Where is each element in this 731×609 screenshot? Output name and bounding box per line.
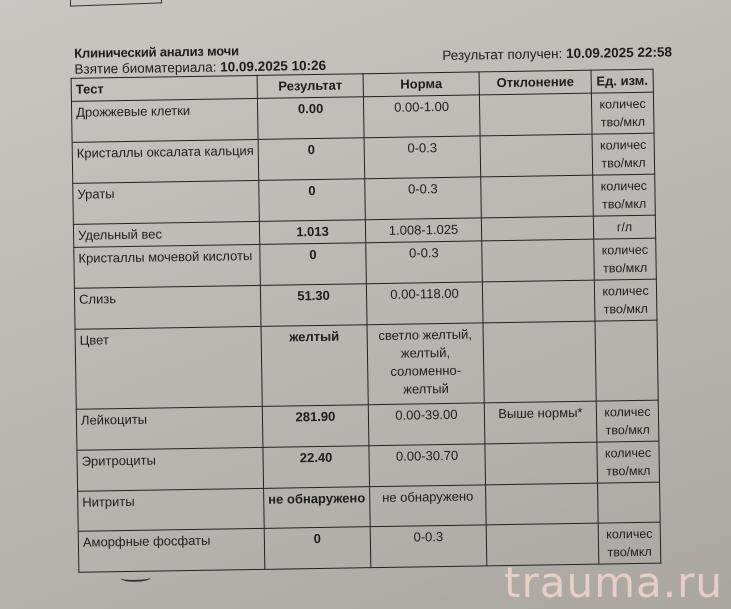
- cell-deviation: [479, 93, 592, 136]
- cell-result: 1.013: [259, 220, 365, 245]
- cell-deviation: [480, 134, 593, 177]
- cell-test: Аморфные фосфаты: [78, 528, 265, 572]
- cell-norm: 0-0.3: [370, 525, 487, 568]
- cell-result: желтый: [261, 325, 368, 407]
- cell-result: 51.30: [260, 284, 367, 327]
- cell-norm: 1.008-1.025: [365, 218, 481, 243]
- header-norm: Норма: [363, 72, 479, 97]
- cell-norm: 0.00-1.00: [363, 95, 480, 138]
- cell-norm: 0.00-39.00: [368, 403, 485, 446]
- header-result: Результат: [257, 74, 363, 99]
- cell-unit: количес тво/мкл: [597, 441, 660, 483]
- cell-norm: 0.00-118.00: [366, 282, 483, 325]
- cell-result: 0: [259, 179, 366, 222]
- pen-mark: [120, 574, 150, 582]
- cell-test: Лейкоциты: [76, 406, 263, 450]
- cell-test: Нитриты: [78, 488, 265, 531]
- cell-result: не обнаружено: [264, 487, 371, 529]
- header-unit: Ед. изм.: [591, 69, 653, 93]
- table-row: Цветжелтыйсветло желтый, желтый, соломен…: [75, 320, 658, 409]
- cell-result: 0.00: [257, 97, 364, 140]
- result-received-label: Результат получен:: [442, 46, 562, 63]
- cell-result: 281.90: [262, 405, 369, 448]
- cell-test: Ураты: [73, 180, 260, 224]
- report-title: Клинический анализ мочи: [74, 43, 239, 61]
- cell-test: Удельный вес: [73, 221, 259, 247]
- cell-result: 22.40: [263, 446, 370, 489]
- cell-test: Эритроциты: [77, 447, 264, 491]
- cell-deviation: [481, 216, 593, 241]
- watermark: trauma.ru: [504, 558, 723, 607]
- sample-taken-value: 10.09.2025 10:26: [220, 58, 326, 75]
- sample-taken-label: Взятие биоматериала:: [74, 60, 216, 77]
- cell-norm: 0-0.3: [365, 177, 482, 220]
- cell-deviation: [481, 175, 594, 218]
- cell-unit: количес тво/мкл: [593, 174, 656, 216]
- cell-deviation: [482, 280, 595, 323]
- cell-unit: [598, 482, 661, 523]
- cell-test: Цвет: [75, 326, 262, 409]
- cell-unit: количес тво/мкл: [591, 92, 654, 134]
- result-received-value: 10.09.2025 22:58: [566, 44, 672, 61]
- cell-unit: [595, 320, 658, 401]
- cell-test: Кристаллы мочевой кислоты: [74, 244, 261, 288]
- cell-norm: светло желтый, желтый, соломенно-желтый: [367, 323, 484, 405]
- cell-norm: не обнаружено: [370, 485, 487, 527]
- cell-result: 0: [260, 243, 367, 286]
- cell-deviation: [486, 483, 599, 525]
- top-edge-box: [70, 0, 162, 7]
- cell-deviation: [483, 321, 596, 403]
- cell-unit: количес тво/мкл: [596, 400, 659, 442]
- cell-unit: количес тво/мкл: [594, 279, 657, 321]
- header-deviation: Отклонение: [479, 70, 591, 95]
- cell-norm: 0.00-30.70: [369, 444, 486, 487]
- table-body: Дрожжевые клетки0.000.00-1.00количес тво…: [71, 92, 660, 572]
- results-table: Тест Результат Норма Отклонение Ед. изм.…: [71, 69, 662, 573]
- result-received: Результат получен: 10.09.2025 22:58: [442, 44, 672, 63]
- cell-deviation: [482, 239, 595, 282]
- cell-deviation: [485, 442, 598, 485]
- cell-test: Дрожжевые клетки: [71, 98, 258, 142]
- cell-unit: количес тво/мкл: [592, 133, 655, 175]
- cell-norm: 0-0.3: [366, 241, 483, 284]
- cell-test: Слизь: [74, 285, 261, 329]
- lab-report-sheet: Клинический анализ мочи Взятие биоматери…: [60, 30, 709, 600]
- cell-unit: г/л: [593, 215, 655, 239]
- cell-norm: 0-0.3: [364, 136, 481, 179]
- cell-result: 0: [264, 527, 371, 570]
- cell-unit: количес тво/мкл: [594, 238, 657, 280]
- cell-test: Кристаллы оксалата кальция: [72, 139, 259, 183]
- cell-result: 0: [258, 138, 365, 181]
- header-test: Тест: [71, 75, 257, 101]
- cell-deviation: Выше нормы*: [484, 401, 597, 444]
